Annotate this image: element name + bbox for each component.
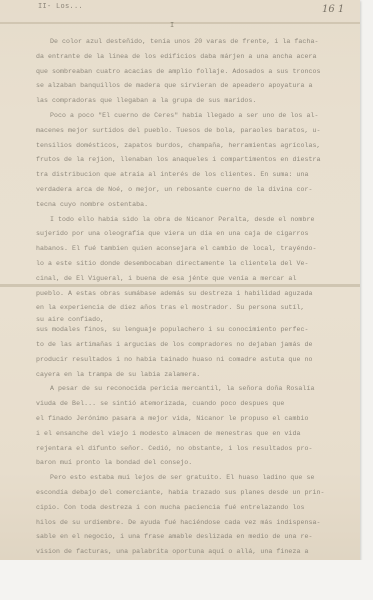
document-body: De color azul desteñido, tenía unos 20 v… [36,35,348,575]
text-line: to de las artimañas i argucias de los co… [36,338,348,353]
text-line: sus modales finos, su lenguaje populache… [36,323,348,338]
text-line: cipio. Con toda destreza i con mucha pac… [36,501,348,516]
scan-background-margin [0,560,373,600]
text-line: lo a este sitio donde desembocaban direc… [36,257,348,272]
text-line: cayera en la trampa de su labia zalamera… [36,368,348,383]
text-line: cinal, de El Vigueral, i buena de esa jé… [36,272,348,287]
text-line: Poco a poco "El cuerno de Ceres" había l… [36,109,348,124]
text-line: sable en el negocio, i una frase amable … [36,530,348,545]
text-line: tecna cuyo nombre ostentaba. [36,198,348,213]
text-line: A pesar de su reconocida pericia mercant… [36,382,348,397]
text-line: pueblo. A estas obras sumábase además su… [36,287,348,302]
text-line: i el ensanche del viejo i modesto almace… [36,427,348,442]
text-line: vision de facturas, una palabrita oportu… [36,545,348,560]
typewritten-page: II- Los... 16 1 I De color azul desteñid… [0,0,360,590]
text-line: frutos de la rejion, llenaban los anaque… [36,153,348,168]
text-line: las compradoras que llegaban a la grupa … [36,94,348,109]
text-line: Pero esto estaba mui lejos de ser gratui… [36,471,348,486]
text-line: en la experiencia de diez años tras el m… [36,301,348,316]
text-line: producir resultados i no había tainado h… [36,353,348,368]
text-line: hilos de su urdiembre. De ayuda fué haci… [36,516,348,531]
text-line: rejentara el difunto señor. Cedió, no ob… [36,442,348,457]
text-line: De color azul desteñido, tenía unos 20 v… [36,35,348,50]
text-line: verdadera arca de Noé, o mejor, un rebos… [36,183,348,198]
text-line: el finado Jerónimo pasara a mejor vida, … [36,412,348,427]
text-line: se alzaban banquillos de madera que sirv… [36,79,348,94]
text-line: baron muí pronto la bondad del consejo. [36,456,348,471]
text-line: I todo ello había sido la obra de Nicano… [36,213,348,228]
text-line: escondía debajo del comerciante, había t… [36,486,348,501]
text-line: tra distribucion que atraía al interés d… [36,168,348,183]
text-line: que sombreaban cuatro acacias de amplio … [36,65,348,80]
text-line: da entrante de la línea de los edificios… [36,50,348,65]
chapter-number: I [170,22,174,30]
text-line: habanos. El fué tambien quien aconsejara… [36,242,348,257]
text-line: viuda de Bel... se sintió atemorizada, c… [36,397,348,412]
text-line: macenes mejor surtidos del pueblo. Tueso… [36,124,348,139]
header-reference: II- Los... [38,3,83,11]
text-line: sujerido por una oleografía que viera un… [36,227,348,242]
text-line: tensilios domésticos, zapatos burdos, ch… [36,139,348,154]
handwritten-page-number: 16 1 [322,4,344,15]
text-line-insertion: su aire confiado, [36,316,348,323]
